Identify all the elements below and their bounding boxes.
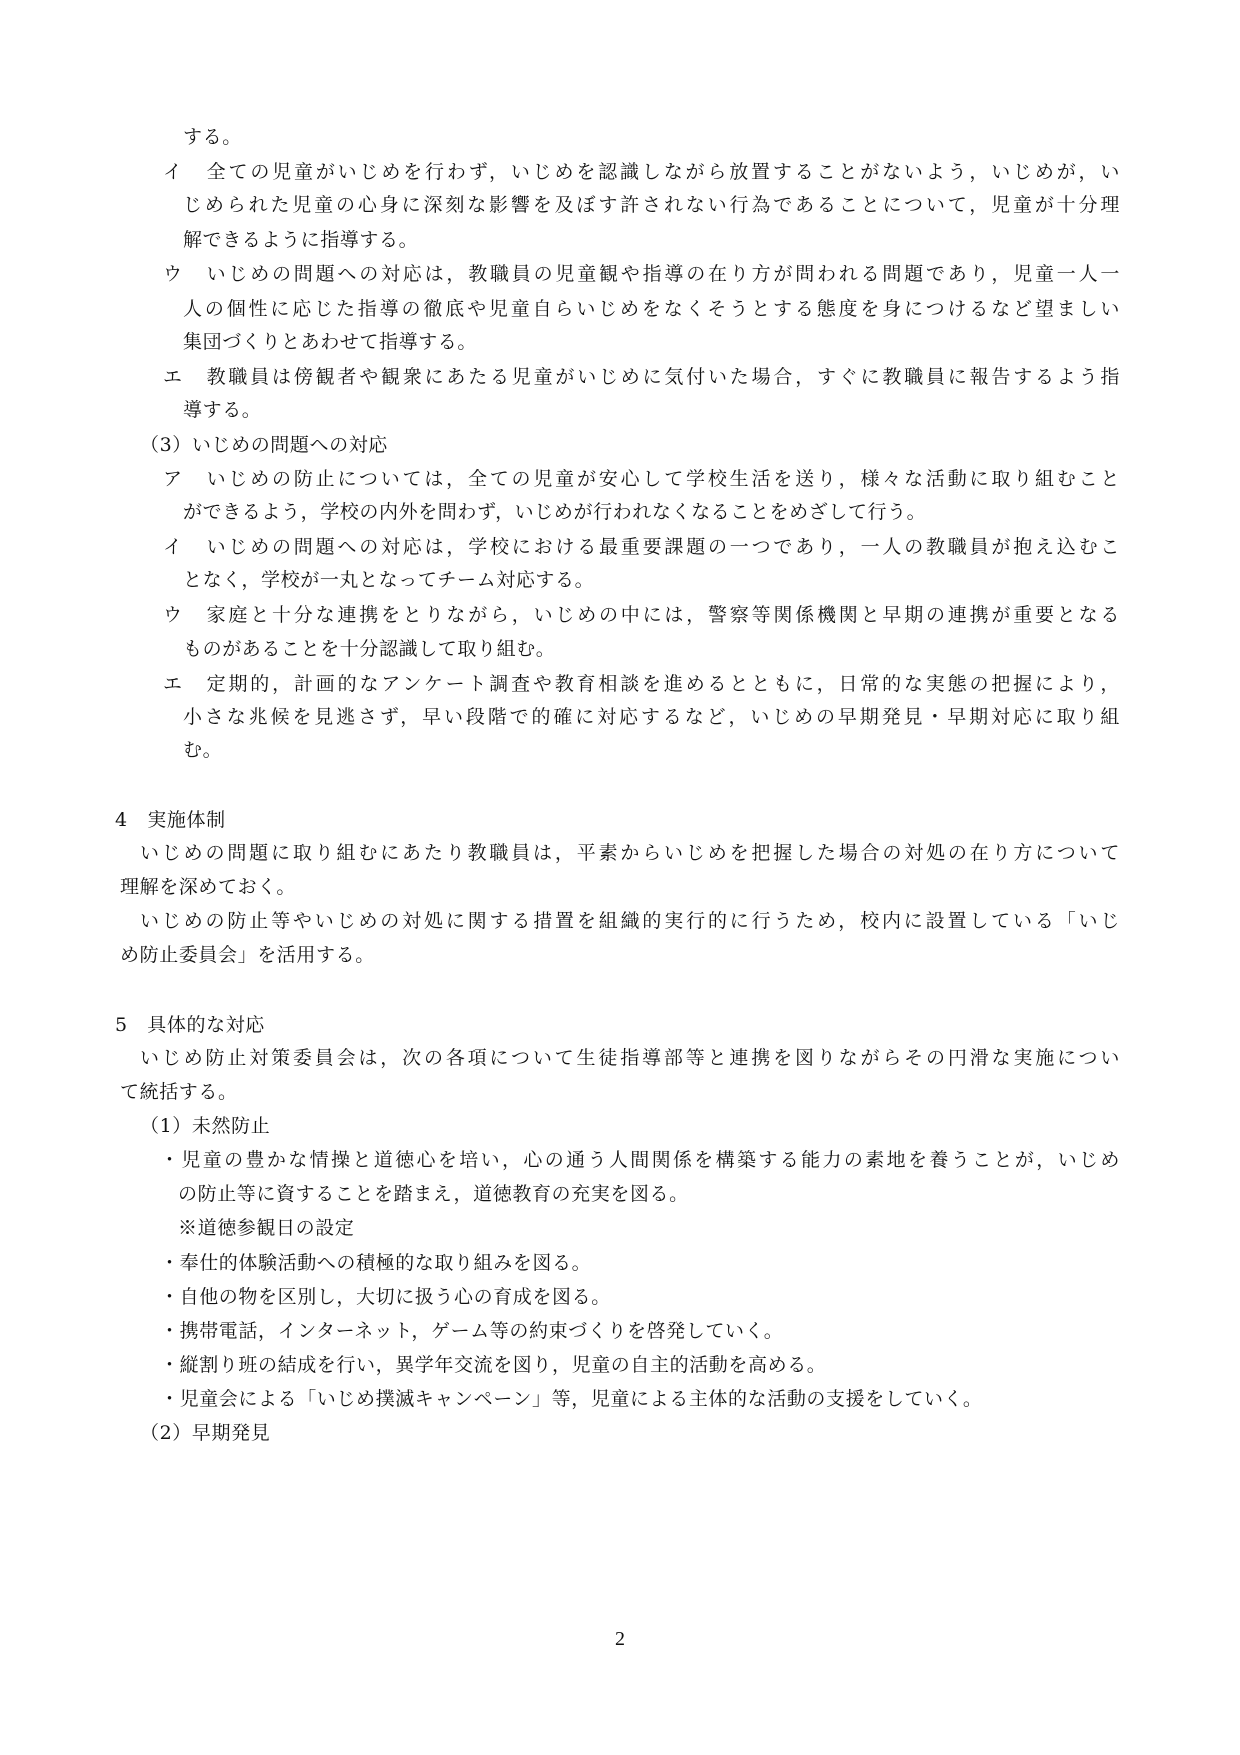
text-line: となく，学校が一丸となってチーム対応する。 — [183, 568, 594, 592]
text-line: いじめの問題に取り組むにあたり教職員は，平素からいじめを把握した場合の対処の在り… — [140, 841, 1120, 865]
text-line: （2）早期発見 — [140, 1421, 270, 1445]
text-line: ※道徳参観日の設定 — [178, 1216, 354, 1240]
text-line: 5 具体的な対応 — [115, 1013, 265, 1037]
text-line: イ いじめの問題への対応は，学校における最重要課題の一つであり，一人の教職員が抱… — [163, 535, 1120, 559]
text-line: ア いじめの防止については，全ての児童が安心して学校生活を送り，様々な活動に取り… — [163, 467, 1120, 491]
text-line: ができるよう，学校の内外を問わず，いじめが行われなくなることをめざして行う。 — [183, 500, 926, 524]
text-line: ・自他の物を区別し，大切に扱う心の育成を図る。 — [160, 1285, 611, 1309]
text-line: 4 実施体制 — [115, 808, 226, 832]
document-page: する。イ 全ての児童がいじめを行わず，いじめを認識しながら放置することがないよう… — [0, 0, 1240, 1755]
text-line: エ 定期的，計画的なアンケート調査や教育相談を進めるとともに，日常的な実態の把握… — [163, 672, 1120, 696]
text-line: 集団づくりとあわせて指導する。 — [183, 330, 477, 354]
text-line: ものがあることを十分認識して取り組む。 — [183, 637, 555, 661]
text-line: （1）未然防止 — [140, 1114, 270, 1138]
text-line: ウ 家庭と十分な連携をとりながら，いじめの中には，警察等関係機関と早期の連携が重… — [163, 603, 1120, 627]
text-line: 解できるように指導する。 — [183, 228, 418, 252]
text-line: ・児童の豊かな情操と道徳心を培い，心の通う人間関係を構築する能力の素地を養うこと… — [160, 1148, 1120, 1172]
page-number: 2 — [0, 1628, 1240, 1651]
text-line: ・縦割り班の結成を行い，異学年交流を図り，児童の自主的活動を高める。 — [160, 1353, 826, 1377]
text-line: 人の個性に応じた指導の徹底や児童自らいじめをなくそうとする態度を身につけるなど望… — [183, 297, 1120, 321]
text-line: 導する。 — [183, 398, 261, 422]
text-line: いじめの防止等やいじめの対処に関する措置を組織的実行的に行うため，校内に設置して… — [140, 909, 1120, 933]
text-line: 小さな兆候を見逃さず，早い段階で的確に対応するなど，いじめの早期発見・早期対応に… — [183, 705, 1120, 729]
text-line: む。 — [183, 738, 222, 762]
text-line: ウ いじめの問題への対応は，教職員の児童観や指導の在り方が問われる問題であり，児… — [163, 262, 1120, 286]
text-line: エ 教職員は傍観者や観衆にあたる児童がいじめに気付いた場合，すぐに教職員に報告す… — [163, 365, 1120, 389]
text-line: する。 — [183, 125, 242, 149]
text-line: て統括する。 — [120, 1080, 238, 1104]
text-line: ・奉仕的体験活動への積極的な取り組みを図る。 — [160, 1251, 591, 1275]
text-line: イ 全ての児童がいじめを行わず，いじめを認識しながら放置することがないよう，いじ… — [163, 160, 1120, 184]
text-line: 理解を深めておく。 — [120, 875, 296, 899]
text-line: め防止委員会」を活用する。 — [120, 943, 375, 967]
text-line: ・携帯電話，インターネット，ゲーム等の約束づくりを啓発していく。 — [160, 1319, 783, 1343]
text-line: いじめ防止対策委員会は，次の各項について生徒指導部等と連携を図りながらその円滑な… — [140, 1046, 1120, 1070]
text-line: じめられた児童の心身に深刻な影響を及ぼす許されない行為であることについて，児童が… — [183, 193, 1120, 217]
text-line: ・児童会による「いじめ撲滅キャンペーン」等，児童による主体的な活動の支援をしてい… — [160, 1387, 982, 1411]
text-line: の防止等に資することを踏まえ，道徳教育の充実を図る。 — [178, 1182, 689, 1206]
text-line: （3）いじめの問題への対応 — [140, 433, 388, 457]
